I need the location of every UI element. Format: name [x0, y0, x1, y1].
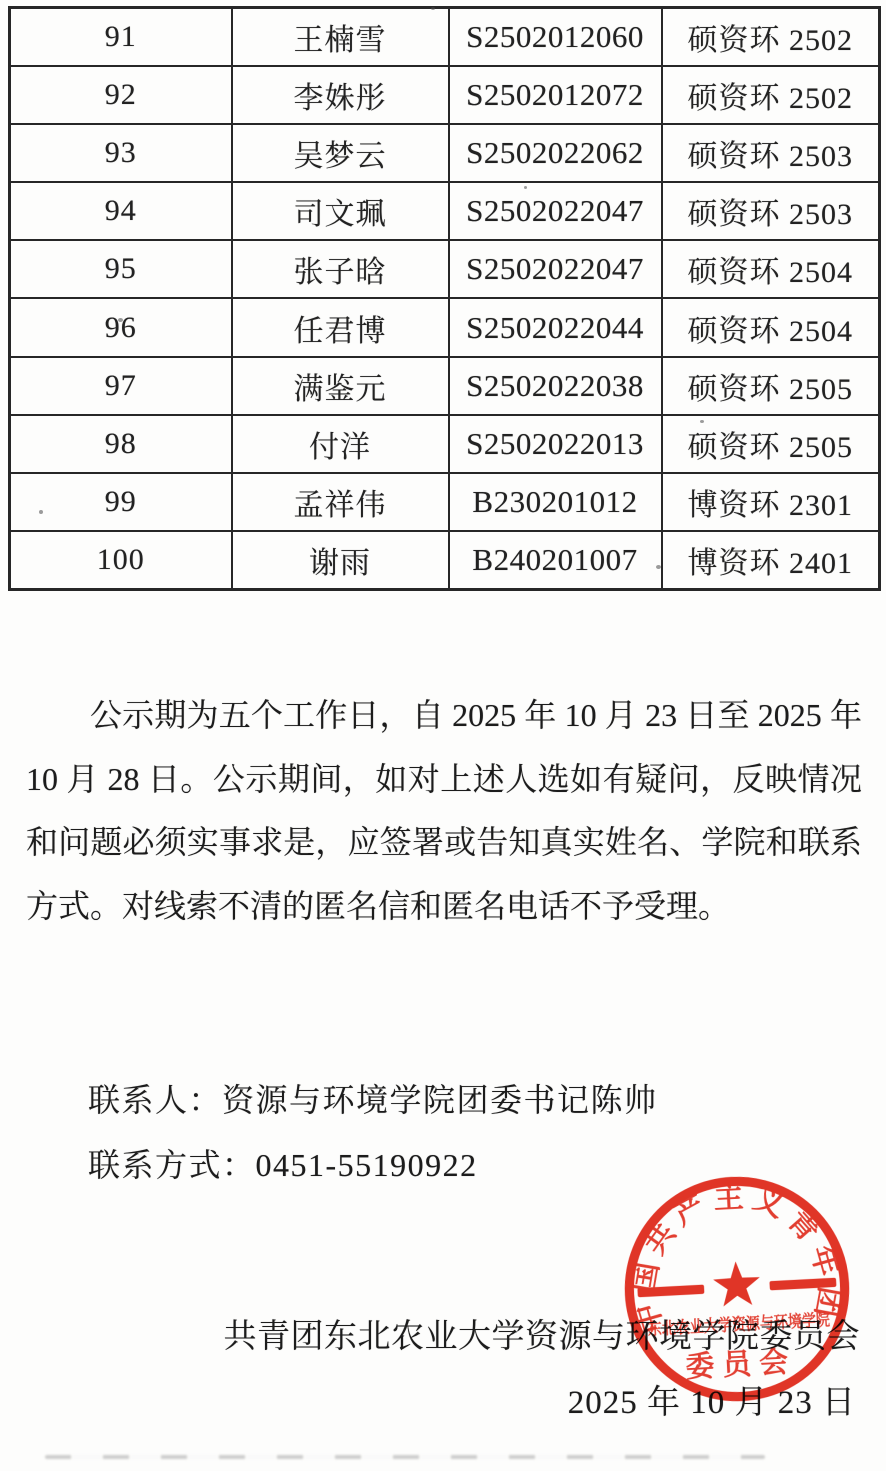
table-row: 100谢雨B240201007博资环 2401	[10, 531, 880, 589]
table-row: 99孟祥伟B230201012博资环 2301	[10, 473, 880, 531]
cell-class: 硕资环 2504	[662, 298, 880, 356]
cell-name: 任君博	[232, 298, 449, 356]
table-row: 95张子晗S2502022047硕资环 2504	[10, 240, 880, 298]
cell-name: 满鉴元	[232, 357, 449, 415]
cell-name: 王楠雪	[232, 8, 449, 66]
notice-paragraph: 公示期为五个工作日，自 2025 年 10 月 23 日至 2025 年 10 …	[26, 684, 862, 938]
contact-block: 联系人：资源与环境学院团委书记陈帅 联系方式：0451-55190922	[88, 1068, 658, 1198]
cell-student-id: S2502022047	[449, 182, 662, 240]
cell-number: 95	[10, 240, 232, 298]
scan-artifact	[524, 186, 527, 189]
cell-number: 99	[10, 473, 232, 531]
notice-line: 公示期为五个工作日，自 2025 年 10 月 23 日至 2025 年	[26, 684, 862, 748]
scan-smudge	[45, 1455, 765, 1459]
cell-name: 李姝彤	[232, 66, 449, 124]
notice-line: 10 月 28 日。公示期间，如对上述人选如有疑问，反映情况	[26, 748, 862, 812]
cell-number: 92	[10, 66, 232, 124]
cell-class: 博资环 2401	[662, 531, 880, 589]
roster-table-body: 91王楠雪S2502012060硕资环 250292李姝彤S2502012072…	[10, 8, 880, 590]
cell-number: 96	[10, 298, 232, 356]
cell-number: 94	[10, 182, 232, 240]
scan-artifact	[656, 565, 661, 569]
seal-left-bar	[637, 1285, 704, 1298]
cell-name: 吴梦云	[232, 124, 449, 182]
cell-student-id: B230201012	[449, 473, 662, 531]
cell-student-id: S2502022062	[449, 124, 662, 182]
seal-ring	[624, 1176, 850, 1402]
notice-line: 和问题必须实事求是，应签署或告知真实姓名、学院和联系	[26, 811, 862, 875]
cell-student-id: B240201007	[449, 531, 662, 589]
cell-class: 硕资环 2504	[662, 240, 880, 298]
cell-number: 93	[10, 124, 232, 182]
cell-class: 硕资环 2502	[662, 66, 880, 124]
cell-student-id: S2502012060	[449, 8, 662, 66]
cell-class: 硕资环 2502	[662, 8, 880, 66]
cell-class: 硕资环 2505	[662, 357, 880, 415]
cell-class: 博资环 2301	[662, 473, 880, 531]
table-row: 91王楠雪S2502012060硕资环 2502	[10, 8, 880, 66]
scan-artifact	[39, 510, 43, 514]
table-row: 92李姝彤S2502012072硕资环 2502	[10, 66, 880, 124]
cell-number: 91	[10, 8, 232, 66]
table-row: 96任君博S2502022044硕资环 2504	[10, 298, 880, 356]
signature-date: 2025 年 10 月 23 日	[0, 1376, 856, 1423]
cell-number: 98	[10, 415, 232, 473]
cell-class: 硕资环 2505	[662, 415, 880, 473]
scan-artifact	[118, 318, 123, 322]
signature-organization: 共青团东北农业大学资源与环境学院委员会	[0, 1310, 860, 1357]
table-row: 94司文珮S2502022047硕资环 2503	[10, 182, 880, 240]
scan-artifact	[700, 420, 704, 423]
seal-right-bar	[769, 1278, 836, 1291]
cell-student-id: S2502022038	[449, 357, 662, 415]
scan-artifact	[431, 7, 435, 10]
cell-student-id: S2502012072	[449, 66, 662, 124]
cell-name: 司文珮	[232, 182, 449, 240]
cell-name: 孟祥伟	[232, 473, 449, 531]
cell-number: 97	[10, 357, 232, 415]
cell-class: 硕资环 2503	[662, 124, 880, 182]
seal-star-icon	[712, 1260, 761, 1307]
contact-phone: 联系方式：0451-55190922	[88, 1133, 658, 1198]
cell-student-id: S2502022044	[449, 298, 662, 356]
notice-line: 方式。对线索不清的匿名信和匿名电话不予受理。	[26, 875, 862, 939]
cell-name: 谢雨	[232, 531, 449, 589]
cell-name: 付洋	[232, 415, 449, 473]
table-row: 93吴梦云S2502022062硕资环 2503	[10, 124, 880, 182]
cell-number: 100	[10, 531, 232, 589]
table-row: 98付洋S2502022013硕资环 2505	[10, 415, 880, 473]
contact-person: 联系人：资源与环境学院团委书记陈帅	[88, 1068, 658, 1133]
cell-student-id: S2502022013	[449, 415, 662, 473]
roster-table: 91王楠雪S2502012060硕资环 250292李姝彤S2502012072…	[8, 6, 881, 591]
table-row: 97满鉴元S2502022038硕资环 2505	[10, 357, 880, 415]
cell-class: 硕资环 2503	[662, 182, 880, 240]
cell-student-id: S2502022047	[449, 240, 662, 298]
cell-name: 张子晗	[232, 240, 449, 298]
document-page: 91王楠雪S2502012060硕资环 250292李姝彤S2502012072…	[0, 0, 886, 1471]
